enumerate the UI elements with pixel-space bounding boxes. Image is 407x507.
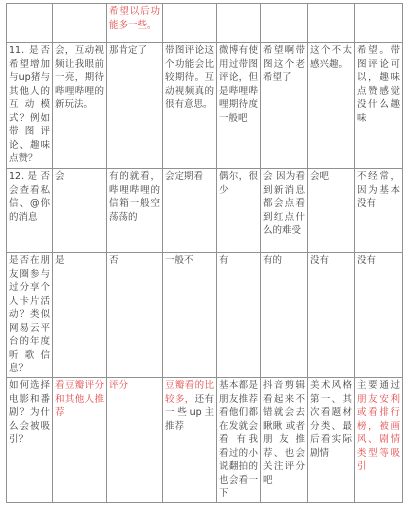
cell-text: 希望。带图评论可以，趣味点赞感觉没什么趣味 <box>357 45 400 124</box>
table-row-3: 是否在朋友圈参与过分享个人卡片活动？类似网易云平台的年度听歌信息？是否一般不有有… <box>7 253 403 378</box>
cell-text: 没有 <box>357 255 376 266</box>
table-row-1: 11. 是否希望增加与up猪与其他人的互动模式？例如带图评论、趣味点赞？会，互动… <box>7 43 403 169</box>
answer-cell: 微博有使用过带图评论，但是哔哩哔哩期待度一般吧 <box>217 43 261 169</box>
answer-cell: 评分 <box>107 378 163 503</box>
cell-text: 是 <box>55 255 65 266</box>
answer-cell: 主要通过朋友安利或看排行榜，被画风、剧情类型等吸引 <box>355 378 403 503</box>
cell-text: 带图评论这个功能会比较期待。互动视频真的很有意思。 <box>165 45 214 110</box>
cell-text: 没有 <box>310 255 329 266</box>
answer-cell: 没有 <box>308 253 355 378</box>
answer-cell <box>308 4 355 43</box>
revision-text: 看豆瓣评分和其他人推荐 <box>55 380 104 418</box>
cell-text: 基本都是朋友推荐 看他们都在发就会看 有我看过的小说翻拍的也会看一下 <box>219 380 258 499</box>
answer-cell: 会吧 <box>308 169 355 253</box>
answer-cell: 没有 <box>355 253 403 378</box>
answer-cell: 否 <box>107 253 163 378</box>
answer-cell: 希望以后功能多一些。 <box>107 4 163 43</box>
answer-cell: 希望。带图评论可以，趣味点赞感觉没什么趣味 <box>355 43 403 169</box>
cell-text: 主要通过 <box>357 380 400 391</box>
cell-text: 11. 是否希望增加与up猪与其他人的互动模式？例如带图评论、趣味点赞？ <box>9 45 50 164</box>
cell-text: 一般不 <box>165 255 194 266</box>
answer-cell: 偶尔，很少 <box>217 169 261 253</box>
cell-text: 会，互动视频让我眼前一亮，期待哔哩哔哩的新玩法。 <box>55 45 104 110</box>
cell-text: 微博有使用过带图评论，但是哔哩哔哩期待度一般吧 <box>219 45 258 124</box>
answer-cell: 不经常，因为基本没有 <box>355 169 403 253</box>
cell-text: 抖音剪辑看起来不错就会去瞅瞅 或者朋友推荐、也会关注评分吧 <box>263 380 305 486</box>
answer-cell: 会 因为看到新消息都会点看到红点什么的难受 <box>261 169 308 253</box>
answer-cell: 豆瓣看的比较多，还有一些up主推荐 <box>163 378 217 503</box>
answer-cell: 会 <box>53 169 107 253</box>
revision-text: 朋友安利或看排行榜，被画风、剧情类型等吸引 <box>357 394 400 473</box>
answer-cell: 抖音剪辑看起来不错就会去瞅瞅 或者朋友推荐、也会关注评分吧 <box>261 378 308 503</box>
answer-cell: 会，互动视频让我眼前一亮，期待哔哩哔哩的新玩法。 <box>53 43 107 169</box>
answers-table: 希望以后功能多一些。11. 是否希望增加与up猪与其他人的互动模式？例如带图评论… <box>6 3 403 503</box>
cell-text: 会 <box>55 171 65 182</box>
cell-text: 12.是否会查看私信、@你的消息 <box>9 171 50 223</box>
answer-cell <box>217 4 261 43</box>
cell-text: 那肯定了 <box>109 45 147 56</box>
answer-cell <box>355 4 403 43</box>
revision-text: 评分 <box>109 380 128 391</box>
cell-text: 希望啊带图这个老希望了 <box>263 45 305 83</box>
answer-cell: 是 <box>53 253 107 378</box>
table-row-2: 12.是否会查看私信、@你的消息会有的就看，哔哩哔哩的信箱一般空荡荡的会定期看偶… <box>7 169 403 253</box>
cell-text: 美术风格第一、其次看题材分类、最后看实际剧情 <box>310 380 352 459</box>
cell-text: 如何选择电影和番剧？为什么会被吸引？ <box>9 380 50 445</box>
question-cell: 是否在朋友圈参与过分享个人卡片活动？类似网易云平台的年度听歌信息？ <box>7 253 53 378</box>
cell-text: 是否在朋友圈参与过分享个人卡片活动？类似网易云平台的年度听歌信息？ <box>9 255 50 374</box>
cell-text: 否 <box>109 255 119 266</box>
question-cell: 12.是否会查看私信、@你的消息 <box>7 169 53 253</box>
answer-cell: 会定期看 <box>163 169 217 253</box>
cell-text: 不经常，因为基本没有 <box>357 171 400 209</box>
table-row-4: 如何选择电影和番剧？为什么会被吸引？看豆瓣评分和其他人推荐评分豆瓣看的比较多，还… <box>7 378 403 503</box>
question-cell: 11. 是否希望增加与up猪与其他人的互动模式？例如带图评论、趣味点赞？ <box>7 43 53 169</box>
answer-cell: 看豆瓣评分和其他人推荐 <box>53 378 107 503</box>
question-cell: 如何选择电影和番剧？为什么会被吸引？ <box>7 378 53 503</box>
answer-cell <box>53 4 107 43</box>
question-cell <box>7 4 53 43</box>
cell-text: 偶尔，很少 <box>219 171 258 196</box>
revision-text: 希望以后功能多一些。 <box>109 6 160 31</box>
answer-cell: 希望啊带图这个老希望了 <box>261 43 308 169</box>
answer-cell: 一般不 <box>163 253 217 378</box>
cell-text: 会吧 <box>310 171 329 182</box>
answer-cell: 有的 <box>261 253 308 378</box>
answer-cell: 这个不太感兴趣。 <box>308 43 355 169</box>
answer-cell <box>261 4 308 43</box>
answer-cell: 带图评论这个功能会比较期待。互动视频真的很有意思。 <box>163 43 217 169</box>
answer-cell: 美术风格第一、其次看题材分类、最后看实际剧情 <box>308 378 355 503</box>
cell-text: 会定期看 <box>165 171 203 182</box>
answer-cell: 那肯定了 <box>107 43 163 169</box>
answer-cell: 有 <box>217 253 261 378</box>
cell-text: 有的 <box>263 255 282 266</box>
answer-cell <box>163 4 217 43</box>
cell-text: 有 <box>219 255 229 266</box>
answer-cell: 基本都是朋友推荐 看他们都在发就会看 有我看过的小说翻拍的也会看一下 <box>217 378 261 503</box>
answer-cell: 有的就看，哔哩哔哩的信箱一般空荡荡的 <box>107 169 163 253</box>
cell-text: 有的就看，哔哩哔哩的信箱一般空荡荡的 <box>109 171 160 223</box>
cell-text: 会 因为看到新消息都会点看到红点什么的难受 <box>263 171 305 236</box>
cell-text: 这个不太感兴趣。 <box>310 45 352 70</box>
table-row-0: 希望以后功能多一些。 <box>7 4 403 43</box>
